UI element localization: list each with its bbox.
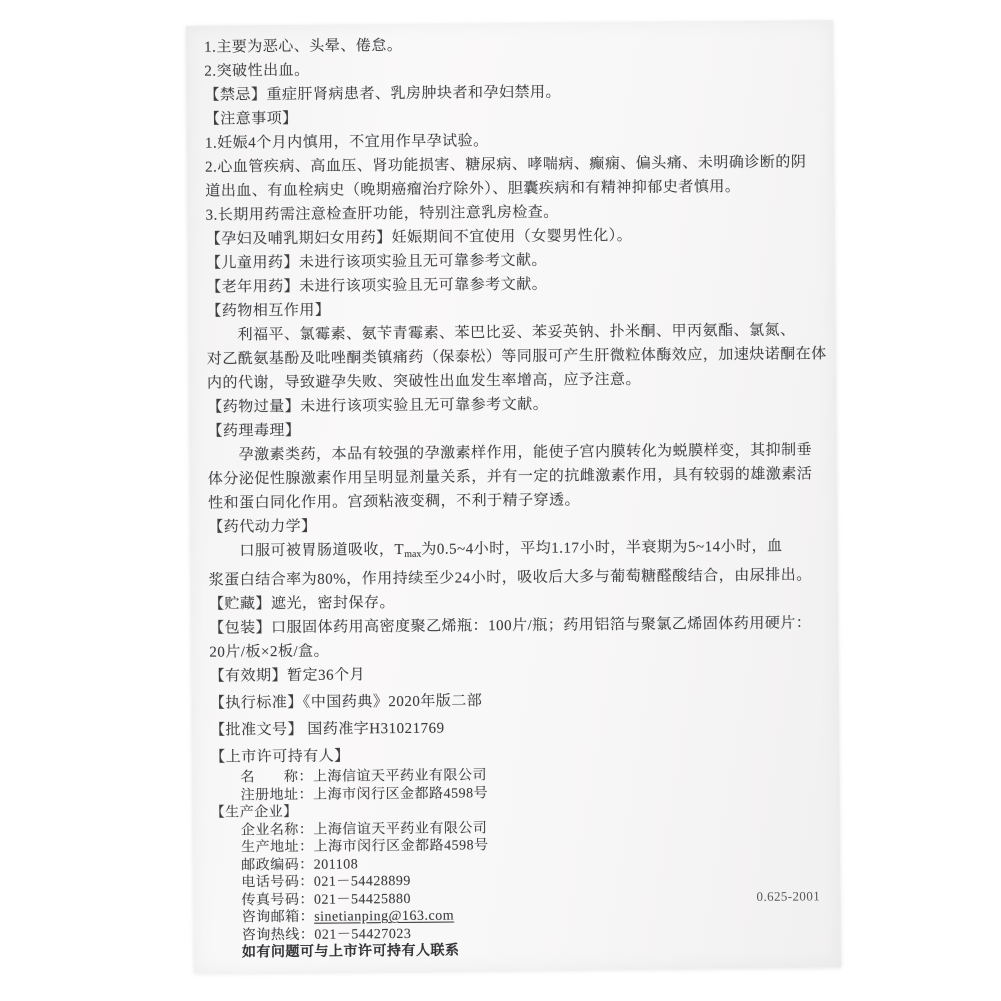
executive-standard: 【执行标准】《中国药典》2020年版二部 — [210, 686, 822, 715]
validity-period: 【有效期】暂定36个月 — [209, 659, 821, 688]
approval-number: 【批准文号】 国药准字H31021769 — [210, 713, 822, 742]
package-insert-page: 1.主要为恶心、头晕、倦怠。2.突破性出血。【禁忌】重症肝肾病患者、乳房肿块者和… — [186, 20, 841, 973]
insert-text-block: 1.主要为恶心、头晕、倦怠。2.突破性出血。【禁忌】重症肝肾病患者、乳房肿块者和… — [204, 30, 824, 962]
spec-code: 0.625-2001 — [756, 888, 820, 905]
photo-background: 1.主要为恶心、头晕、倦怠。2.突破性出血。【禁忌】重症肝肾病患者、乳房肿块者和… — [0, 0, 1001, 1001]
